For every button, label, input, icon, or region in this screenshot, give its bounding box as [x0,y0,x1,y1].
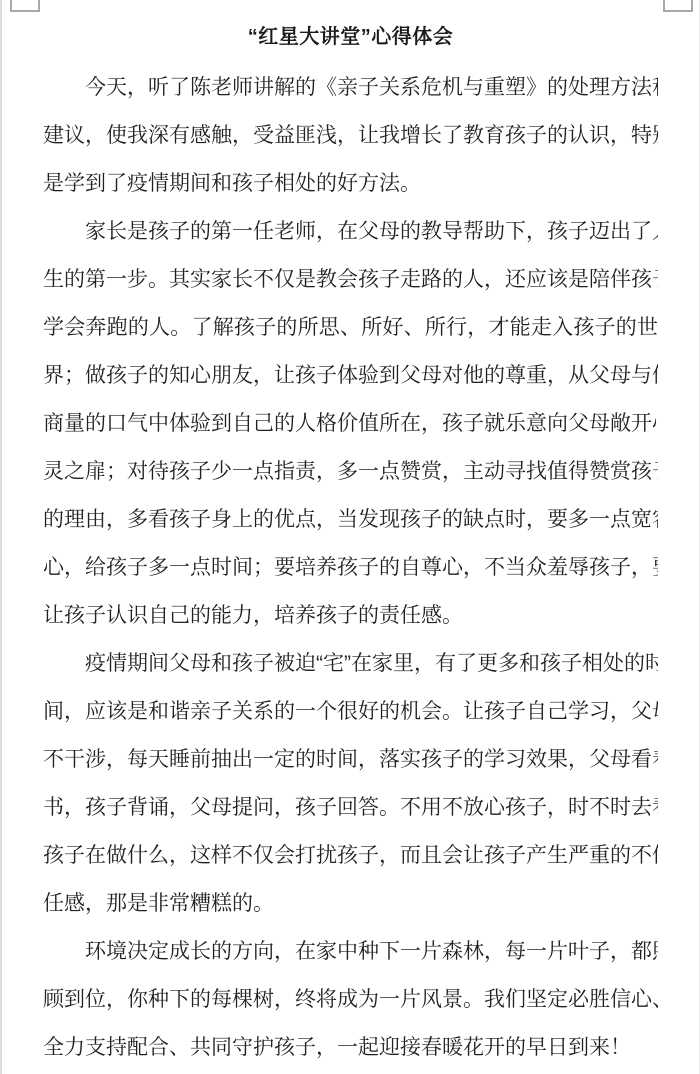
page-margin-mark-top-left-icon [10,0,40,12]
text-line: 心，给孩子多一点时间；要培养孩子的自尊心，不当众羞辱孩子，要 [43,544,658,592]
text-line: 建议，使我深有感触，受益匪浅，让我增长了教育孩子的认识，特别 [43,112,658,160]
text-line: 界；做孩子的知心朋友，让孩子体验到父母对他的尊重，从父母与他 [43,352,658,400]
document-content: “红星大讲堂”心得体会 今天，听了陈老师讲解的《亲子关系危机与重塑》的处理方法和… [43,20,658,1072]
text-line: 家长是孩子的第一任老师，在父母的教导帮助下，孩子迈出了人 [43,208,658,256]
page-margin-mark-top-right-icon [663,0,693,12]
text-line: 灵之扉；对待孩子少一点指责，多一点赞赏，主动寻找值得赞赏孩子 [43,448,658,496]
text-line: 不干涉，每天睡前抽出一定的时间，落实孩子的学习效果，父母看着 [43,736,658,784]
text-line: 书，孩子背诵，父母提问，孩子回答。不用不放心孩子，时不时去看 [43,784,658,832]
text-line: 学会奔跑的人。了解孩子的所思、所好、所行，才能走入孩子的世 [43,304,658,352]
text-line: 全力支持配合、共同守护孩子，一起迎接春暖花开的早日到来！ [43,1024,658,1072]
document-title: “红星大讲堂”心得体会 [43,20,658,64]
text-line: 让孩子认识自己的能力，培养孩子的责任感。 [43,592,658,640]
text-line: 任感，那是非常糟糕的。 [43,880,658,928]
text-line: 间，应该是和谐亲子关系的一个很好的机会。让孩子自己学习，父母 [43,688,658,736]
text-line: 孩子在做什么，这样不仅会打扰孩子，而且会让孩子产生严重的不信 [43,832,658,880]
text-line: 是学到了疫情期间和孩子相处的好方法。 [43,160,658,208]
text-line: 疫情期间父母和孩子被迫“宅”在家里，有了更多和孩子相处的时 [43,640,658,688]
document-page: “红星大讲堂”心得体会 今天，听了陈老师讲解的《亲子关系危机与重塑》的处理方法和… [0,0,700,1074]
text-line: 环境决定成长的方向，在家中种下一片森林，每一片叶子，都照 [43,928,658,976]
text-line: 商量的口气中体验到自己的人格价值所在，孩子就乐意向父母敞开心 [43,400,658,448]
text-line: 今天，听了陈老师讲解的《亲子关系危机与重塑》的处理方法和 [43,64,658,112]
text-line: 的理由，多看孩子身上的优点，当发现孩子的缺点时，要多一点宽容 [43,496,658,544]
text-line: 生的第一步。其实家长不仅是教会孩子走路的人，还应该是陪伴孩子 [43,256,658,304]
text-line: 顾到位，你种下的每棵树，终将成为一片风景。我们坚定必胜信心、 [43,976,658,1024]
